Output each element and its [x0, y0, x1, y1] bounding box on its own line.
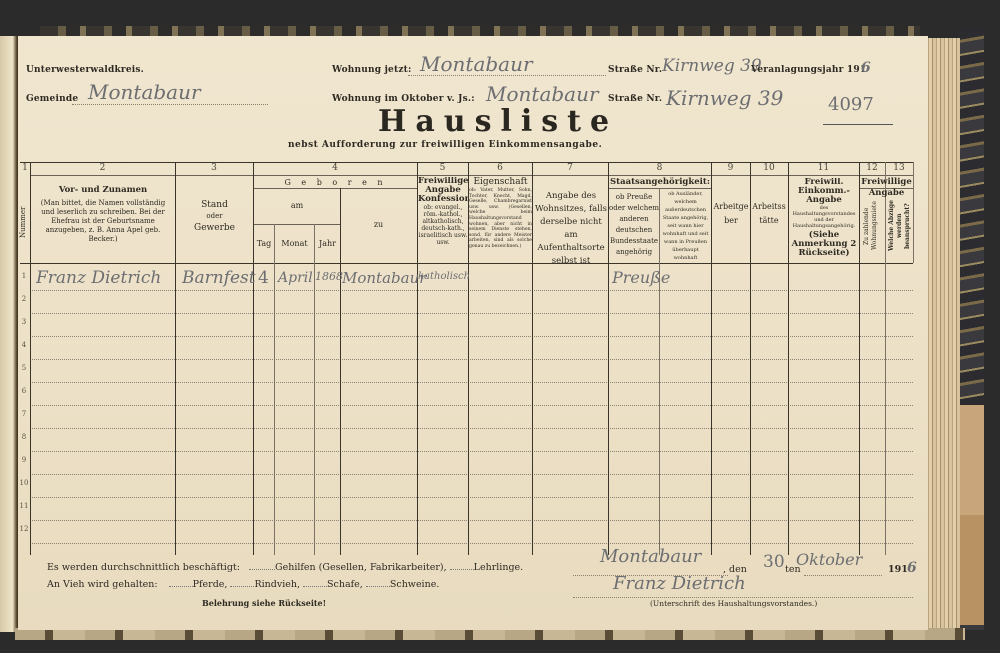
- signature-label: (Unterschrift des Haushaltungsvorstandes…: [650, 599, 817, 608]
- reference-underline: [823, 124, 893, 125]
- col-divider: [175, 162, 176, 555]
- row-line: [30, 336, 913, 337]
- livestock-text: An Vieh wird gehalten:: [47, 579, 158, 590]
- assistants-count-field: [249, 569, 275, 570]
- column-number: 9: [711, 163, 750, 173]
- header-rent: Zu zahlende Wohnungsmiete: [863, 192, 883, 260]
- assessment-year-label: Veranlagungsjahr 191: [751, 65, 866, 75]
- row1-occupation: Barnfest: [182, 268, 256, 288]
- municipality-dotted-line: [72, 104, 268, 105]
- col-divider: [711, 162, 712, 555]
- header-occupation-line2: oder: [177, 212, 252, 221]
- pigs-label: Schweine.: [390, 579, 440, 590]
- header-citizenship-title: Staatsangehörigkeit:: [610, 177, 710, 187]
- row-number: 5: [18, 364, 30, 372]
- row-number: 7: [18, 410, 30, 418]
- column-number: 1: [20, 163, 30, 173]
- header-citizenship-prussian: ob Preuße oder welchem anderen deutschen…: [609, 192, 659, 258]
- row-line: [30, 290, 913, 291]
- row-number: 9: [18, 456, 30, 464]
- header-names: Vor- und Zunamen (Man bittet, die Namen …: [34, 184, 172, 244]
- header-names-title: Vor- und Zunamen: [59, 185, 147, 195]
- pigs-count-field: [366, 586, 390, 587]
- row1-religion: katholisch: [418, 271, 470, 282]
- row-number: 1: [18, 272, 30, 280]
- horses-label: Pferde,: [193, 579, 228, 590]
- header-income-title: Freiwill. Einkomm.-Angabe: [790, 178, 858, 205]
- row1-name: Franz Dietrich: [36, 268, 161, 288]
- row-line: [30, 451, 913, 452]
- header-residence: Angabe des Wohnsitzes, falls derselbe ni…: [534, 190, 608, 268]
- document-subtitle: nebst Aufforderung zur freiwilligen Eink…: [288, 140, 602, 150]
- october-residence-handwritten: Montabaur: [486, 82, 599, 106]
- street-october-handwritten: Kirnweg 39: [666, 86, 783, 110]
- cattle-label: Rindvieh,: [254, 579, 300, 590]
- current-residence-handwritten: Montabaur: [420, 52, 533, 76]
- municipality-handwritten: Montabaur: [88, 80, 201, 104]
- column-number: 8: [608, 163, 711, 173]
- index-tab-upper: [960, 405, 984, 515]
- row-line: [30, 382, 913, 383]
- header-names-note: (Man bittet, die Namen vollständig und l…: [34, 199, 172, 244]
- street-current-handwritten: Kirnweg 39: [662, 56, 762, 76]
- header-relationship-title: Eigenschaft: [469, 177, 532, 188]
- col-divider: [253, 162, 254, 555]
- col-divider: [913, 162, 914, 263]
- livestock-line: An Vieh wird gehalten: Pferde, Rindvieh,…: [47, 579, 439, 590]
- sheep-count-field: [303, 586, 327, 587]
- header-monat: Monat: [275, 238, 314, 249]
- instructions-note: Belehrung siehe Rückseite!: [202, 598, 326, 608]
- header-religion: Freiwillige Angabe Konfession ob: evange…: [418, 177, 468, 246]
- header-bottom-rule: [20, 263, 913, 264]
- row-line: [30, 497, 913, 498]
- header-income: Freiwill. Einkomm.-Angabe des Haushaltun…: [790, 178, 858, 258]
- date-year-handwritten: 6: [907, 560, 917, 576]
- document-title: Hausliste: [378, 104, 618, 139]
- header-employer: Arbeitgeber: [713, 200, 749, 228]
- row-number: 11: [18, 502, 30, 510]
- row1-citizenship: Preuße: [612, 268, 670, 287]
- header-religion-note: ob: evangel., röm.-kathol., altkatholisc…: [418, 204, 468, 246]
- col-divider: [532, 162, 533, 555]
- reference-number-handwritten: 4097: [828, 94, 874, 115]
- street-label-current: Straße Nr.: [608, 65, 662, 75]
- date-day-handwritten: 30: [763, 552, 785, 572]
- header-income-note: des Haushaltungsvorstandes und der Haush…: [790, 205, 858, 229]
- row-number: 6: [18, 387, 30, 395]
- row-line: [30, 428, 913, 429]
- employees-text: Es werden durchschnittlich beschäftigt:: [47, 562, 240, 573]
- sheep-label: Schafe,: [327, 579, 363, 590]
- column-number: 12: [859, 163, 885, 173]
- row-line: [30, 520, 913, 521]
- header-citizenship: Staatsangehörigkeit:: [609, 176, 711, 187]
- column-number: 7: [532, 163, 608, 173]
- am-rule: [254, 224, 340, 225]
- row1-birth-year: 1868: [315, 270, 343, 283]
- signature-dotted-line: [573, 597, 913, 598]
- col-divider: [788, 162, 789, 555]
- signature-handwritten: Franz Dietrich: [613, 573, 746, 594]
- column-number: 6: [468, 163, 532, 173]
- header-zu: zu: [340, 219, 417, 230]
- assessment-year-handwritten: 6: [861, 60, 871, 76]
- header-jahr: Jahr: [315, 238, 340, 249]
- column-number: 2: [30, 163, 175, 173]
- current-residence-label: Wohnung jetzt:: [332, 65, 412, 75]
- column-number: 11: [788, 163, 859, 173]
- col-divider: [859, 162, 860, 555]
- header-relationship: Eigenschaft ob: Vater, Mutter, Sohn, Toc…: [469, 177, 532, 250]
- row-line: [30, 359, 913, 360]
- left-page-gutter: [0, 36, 18, 632]
- employees-line: Es werden durchschnittlich beschäftigt: …: [47, 562, 523, 573]
- row-number: 4: [18, 341, 30, 349]
- header-nummer: Nummer: [19, 192, 29, 252]
- apprentices-label: Lehrlinge.: [474, 562, 524, 573]
- row-line: [30, 474, 913, 475]
- column-number-rule: [30, 175, 913, 176]
- header-relationship-note: ob: Vater, Mutter, Sohn, Tochter, Knecht…: [469, 188, 532, 250]
- column-number: 13: [885, 163, 913, 173]
- column-number: 3: [175, 163, 253, 173]
- header-occupation: Stand oder Gewerbe: [177, 198, 252, 235]
- row-line: [30, 405, 913, 406]
- apprentices-count-field: [450, 569, 474, 570]
- household-table: 1 2 3 4 5 6 7 8 9 10 11 12 13 Nummer Vor…: [20, 162, 913, 555]
- header-deductions: Welche Abzüge werden beansprucht?: [888, 192, 910, 260]
- index-tab-lower: [960, 515, 984, 625]
- header-tag: Tag: [254, 238, 274, 249]
- street-label-october: Straße Nr.: [608, 94, 662, 104]
- row-number: 8: [18, 433, 30, 441]
- staats-rule: [609, 188, 711, 189]
- header-am: am: [254, 200, 340, 211]
- row-line: [30, 313, 913, 314]
- col-divider: [340, 188, 341, 555]
- geboren-rule: [254, 188, 417, 189]
- col-divider: [30, 162, 31, 555]
- cattle-count-field: [230, 586, 254, 587]
- row-number: 12: [18, 525, 30, 533]
- column-number: 4: [253, 163, 417, 173]
- assistants-label: Gehilfen (Gesellen, Fabrikarbeiter),: [275, 562, 447, 573]
- row-number: 3: [18, 318, 30, 326]
- header-occupation-line3: Gewerbe: [177, 221, 252, 235]
- row1-birth-day: 4: [258, 268, 269, 288]
- header-citizenship-foreign: ob Ausländer, welchem außerdeutschen Sta…: [660, 190, 711, 262]
- hausliste-form-page: Unterwesterwaldkreis. Gemeinde Montabaur…: [18, 36, 928, 630]
- month-dotted-line: [804, 575, 882, 576]
- row-line: [30, 543, 913, 544]
- district-label: Unterwesterwaldkreis.: [26, 65, 144, 75]
- column-number: 5: [417, 163, 468, 173]
- row-number: 10: [18, 479, 30, 487]
- row1-birthplace: Montabaur: [342, 269, 426, 287]
- october-residence-label: Wohnung im Oktober v. Js.:: [332, 94, 475, 104]
- row-number: 2: [18, 295, 30, 303]
- date-year-prefix: 191: [888, 564, 908, 575]
- header-workplace: Arbeitsstätte: [751, 200, 787, 228]
- col-divider: [274, 224, 275, 555]
- place-handwritten: Montabaur: [600, 546, 701, 567]
- header-occupation-line1: Stand: [177, 198, 252, 212]
- header-income-ref: (Siehe Anmerkung 2 Rückseite): [790, 231, 858, 258]
- horses-count-field: [169, 586, 193, 587]
- column-number: 10: [750, 163, 788, 173]
- col-divider: [885, 162, 886, 555]
- date-month-handwritten: Oktober: [796, 550, 862, 569]
- header-religion-title: Freiwillige Angabe Konfession: [418, 177, 468, 204]
- row1-birth-month: April: [278, 270, 313, 286]
- page-stack-edge: [925, 38, 960, 633]
- header-geboren: G e b o r e n: [254, 177, 417, 188]
- municipality-label: Gemeinde: [26, 94, 78, 104]
